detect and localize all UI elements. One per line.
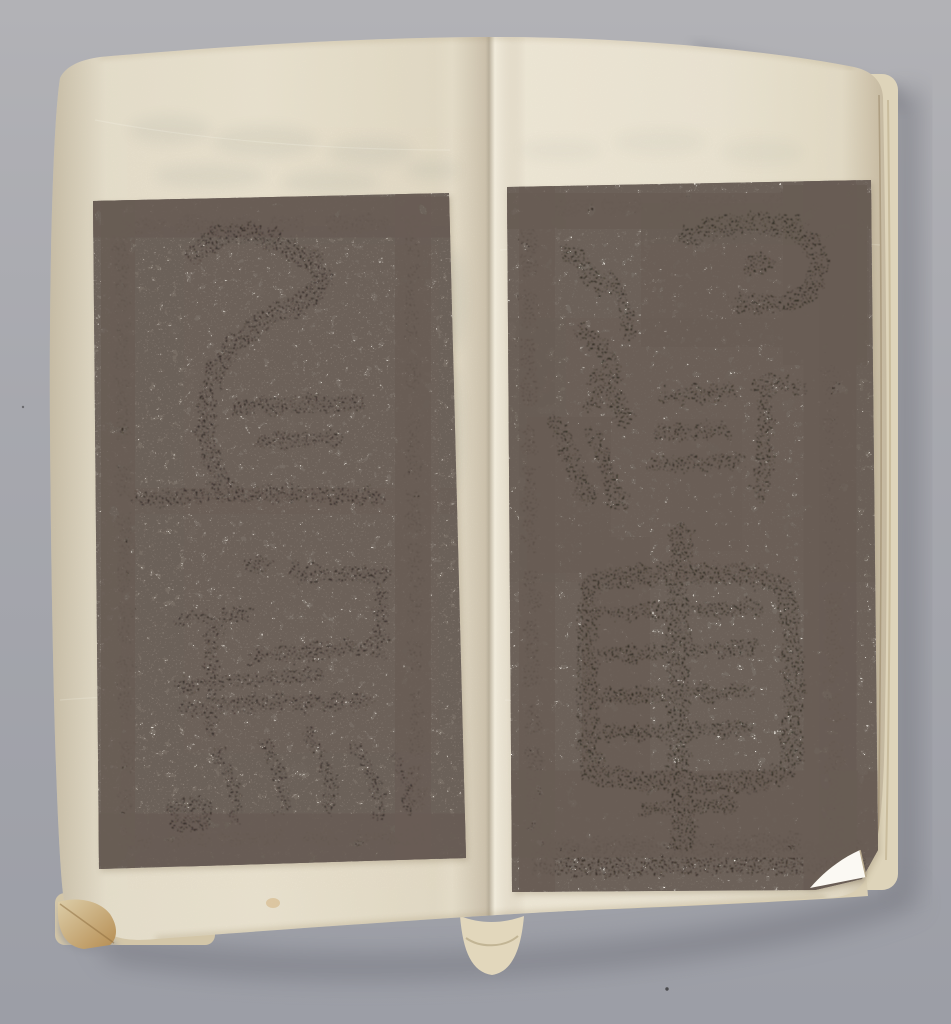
photo-stage	[0, 0, 951, 1024]
backdrop-fleck	[665, 987, 668, 990]
backdrop-fleck	[22, 406, 24, 408]
right-rubbing-panel	[506, 179, 880, 893]
left-rubbing-panel	[92, 192, 468, 872]
rubbing-album-photo	[0, 0, 951, 1024]
